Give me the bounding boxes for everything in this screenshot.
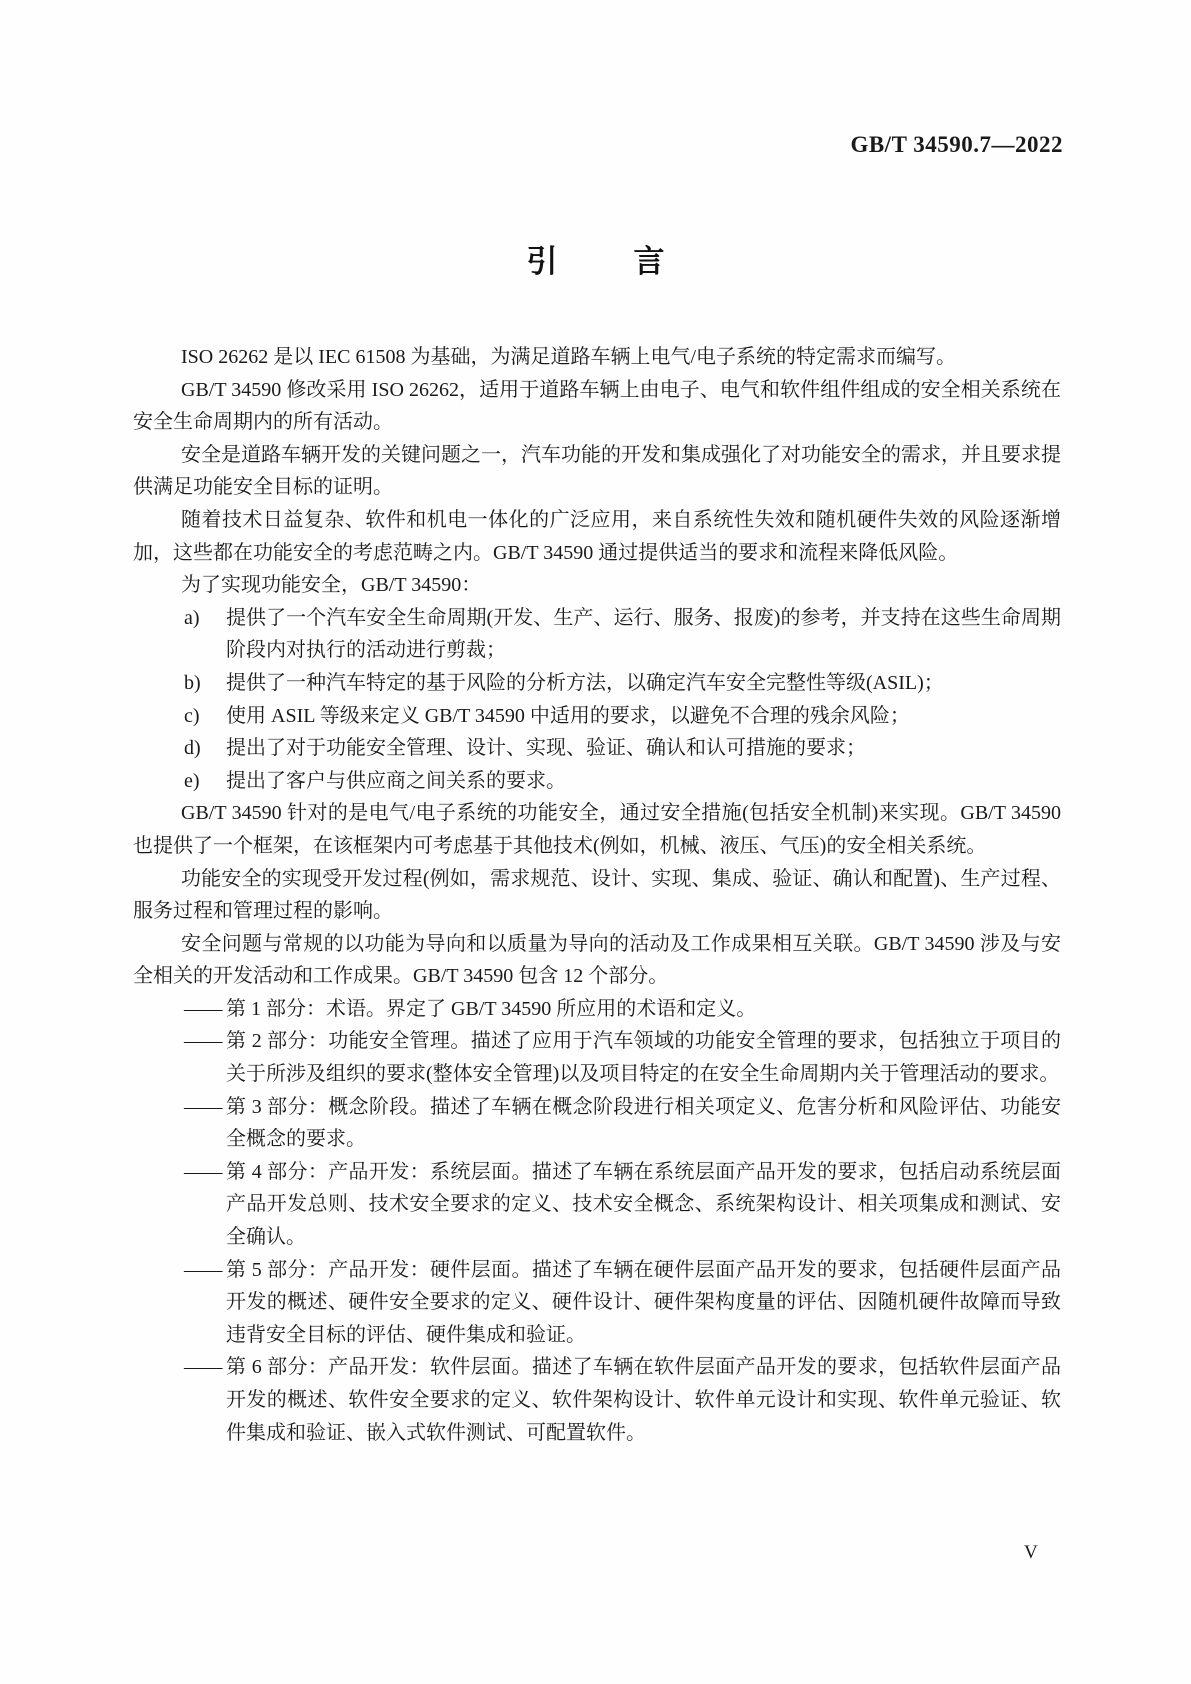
item-dash: ——: [184, 1351, 221, 1384]
document-body: ISO 26262 是以 IEC 61508 为基础，为满足道路车辆上电气/电子…: [133, 341, 1061, 1449]
doc-number: GB/T 34590.7—2022: [850, 132, 1063, 158]
parts-list-item-4: —— 第 4 部分：产品开发：系统层面。描述了车辆在系统层面产品开发的要求，包括…: [133, 1156, 1061, 1254]
list-item-b: b) 提供了一种汽车特定的基于风险的分析方法，以确定汽车安全完整性等级(ASIL…: [133, 667, 1061, 700]
list-item-label: e): [184, 765, 200, 798]
item-dash: ——: [184, 1025, 221, 1058]
list-item-c: c) 使用 ASIL 等级来定义 GB/T 34590 中适用的要求，以避免不合…: [133, 700, 1061, 733]
list-item-d: d) 提出了对于功能安全管理、设计、实现、验证、确认和认可措施的要求；: [133, 732, 1061, 765]
parts-list-item-1: —— 第 1 部分：术语。界定了 GB/T 34590 所应用的术语和定义。: [133, 993, 1061, 1026]
parts-list-item-5: —— 第 5 部分：产品开发：硬件层面。描述了车辆在硬件层面产品开发的要求，包括…: [133, 1254, 1061, 1352]
item-dash: ——: [184, 1254, 221, 1287]
list-item-text: 提出了对于功能安全管理、设计、实现、验证、确认和认可措施的要求；: [226, 737, 866, 759]
page-title: 引 言: [0, 236, 1191, 281]
parts-list-item-2: —— 第 2 部分：功能安全管理。描述了应用于汽车领域的功能安全管理的要求，包括…: [133, 1025, 1061, 1090]
paragraph-list-intro: 为了实现功能安全，GB/T 34590：: [133, 569, 1061, 602]
list-item-text: 使用 ASIL 等级来定义 GB/T 34590 中适用的要求，以避免不合理的残…: [226, 705, 910, 727]
item-dash: ——: [184, 1156, 221, 1189]
parts-item-text: 第 1 部分：术语。界定了 GB/T 34590 所应用的术语和定义。: [226, 998, 756, 1020]
parts-item-text: 第 3 部分：概念阶段。描述了车辆在概念阶段进行相关项定义、危害分析和风险评估、…: [226, 1096, 1061, 1151]
parts-item-text: 第 4 部分：产品开发：系统层面。描述了车辆在系统层面产品开发的要求，包括启动系…: [226, 1161, 1061, 1248]
document-page: GB/T 34590.7—2022 引 言 ISO 26262 是以 IEC 6…: [0, 0, 1191, 1684]
list-item-e: e) 提出了客户与供应商之间关系的要求。: [133, 765, 1061, 798]
parts-item-text: 第 6 部分：产品开发：软件层面。描述了车辆在软件层面产品开发的要求，包括软件层…: [226, 1356, 1061, 1443]
list-item-label: a): [184, 602, 200, 635]
list-item-text: 提供了一种汽车特定的基于风险的分析方法，以确定汽车安全完整性等级(ASIL)；: [226, 672, 944, 694]
parts-list-item-3: —— 第 3 部分：概念阶段。描述了车辆在概念阶段进行相关项定义、危害分析和风险…: [133, 1091, 1061, 1156]
item-dash: ——: [184, 993, 221, 1026]
item-dash: ——: [184, 1091, 221, 1124]
list-item-text: 提出了客户与供应商之间关系的要求。: [226, 770, 566, 792]
paragraph-ee-systems: GB/T 34590 针对的是电气/电子系统的功能安全，通过安全措施(包括安全机…: [133, 797, 1061, 862]
parts-item-text: 第 2 部分：功能安全管理。描述了应用于汽车领域的功能安全管理的要求，包括独立于…: [226, 1030, 1061, 1085]
paragraph-process-influence: 功能安全的实现受开发过程(例如，需求规范、设计、实现、集成、验证、确认和配置)、…: [133, 863, 1061, 928]
paragraph-complexity-risk: 随着技术日益复杂、软件和机电一体化的广泛应用，来自系统性失效和随机硬件失效的风险…: [133, 504, 1061, 569]
list-item-a: a) 提供了一个汽车安全生命周期(开发、生产、运行、服务、报废)的参考，并支持在…: [133, 602, 1061, 667]
list-item-label: d): [184, 732, 201, 765]
page-number: V: [1024, 1542, 1038, 1564]
paragraph-gbt-adoption: GB/T 34590 修改采用 ISO 26262，适用于道路车辆上由电子、电气…: [133, 374, 1061, 439]
page-title-char-2: 言: [634, 236, 665, 281]
paragraph-iso-basis: ISO 26262 是以 IEC 61508 为基础，为满足道路车辆上电气/电子…: [133, 341, 1061, 374]
parts-item-text: 第 5 部分：产品开发：硬件层面。描述了车辆在硬件层面产品开发的要求，包括硬件层…: [226, 1259, 1061, 1346]
list-item-label: b): [184, 667, 201, 700]
page-title-char-1: 引: [527, 236, 558, 281]
paragraph-parts-intro: 安全问题与常规的以功能为导向和以质量为导向的活动及工作成果相互关联。GB/T 3…: [133, 928, 1061, 993]
list-item-label: c): [184, 700, 200, 733]
list-item-text: 提供了一个汽车安全生命周期(开发、生产、运行、服务、报废)的参考，并支持在这些生…: [226, 607, 1061, 662]
parts-list-item-6: —— 第 6 部分：产品开发：软件层面。描述了车辆在软件层面产品开发的要求，包括…: [133, 1351, 1061, 1449]
paragraph-safety-key-issue: 安全是道路车辆开发的关键问题之一，汽车功能的开发和集成强化了对功能安全的需求，并…: [133, 439, 1061, 504]
